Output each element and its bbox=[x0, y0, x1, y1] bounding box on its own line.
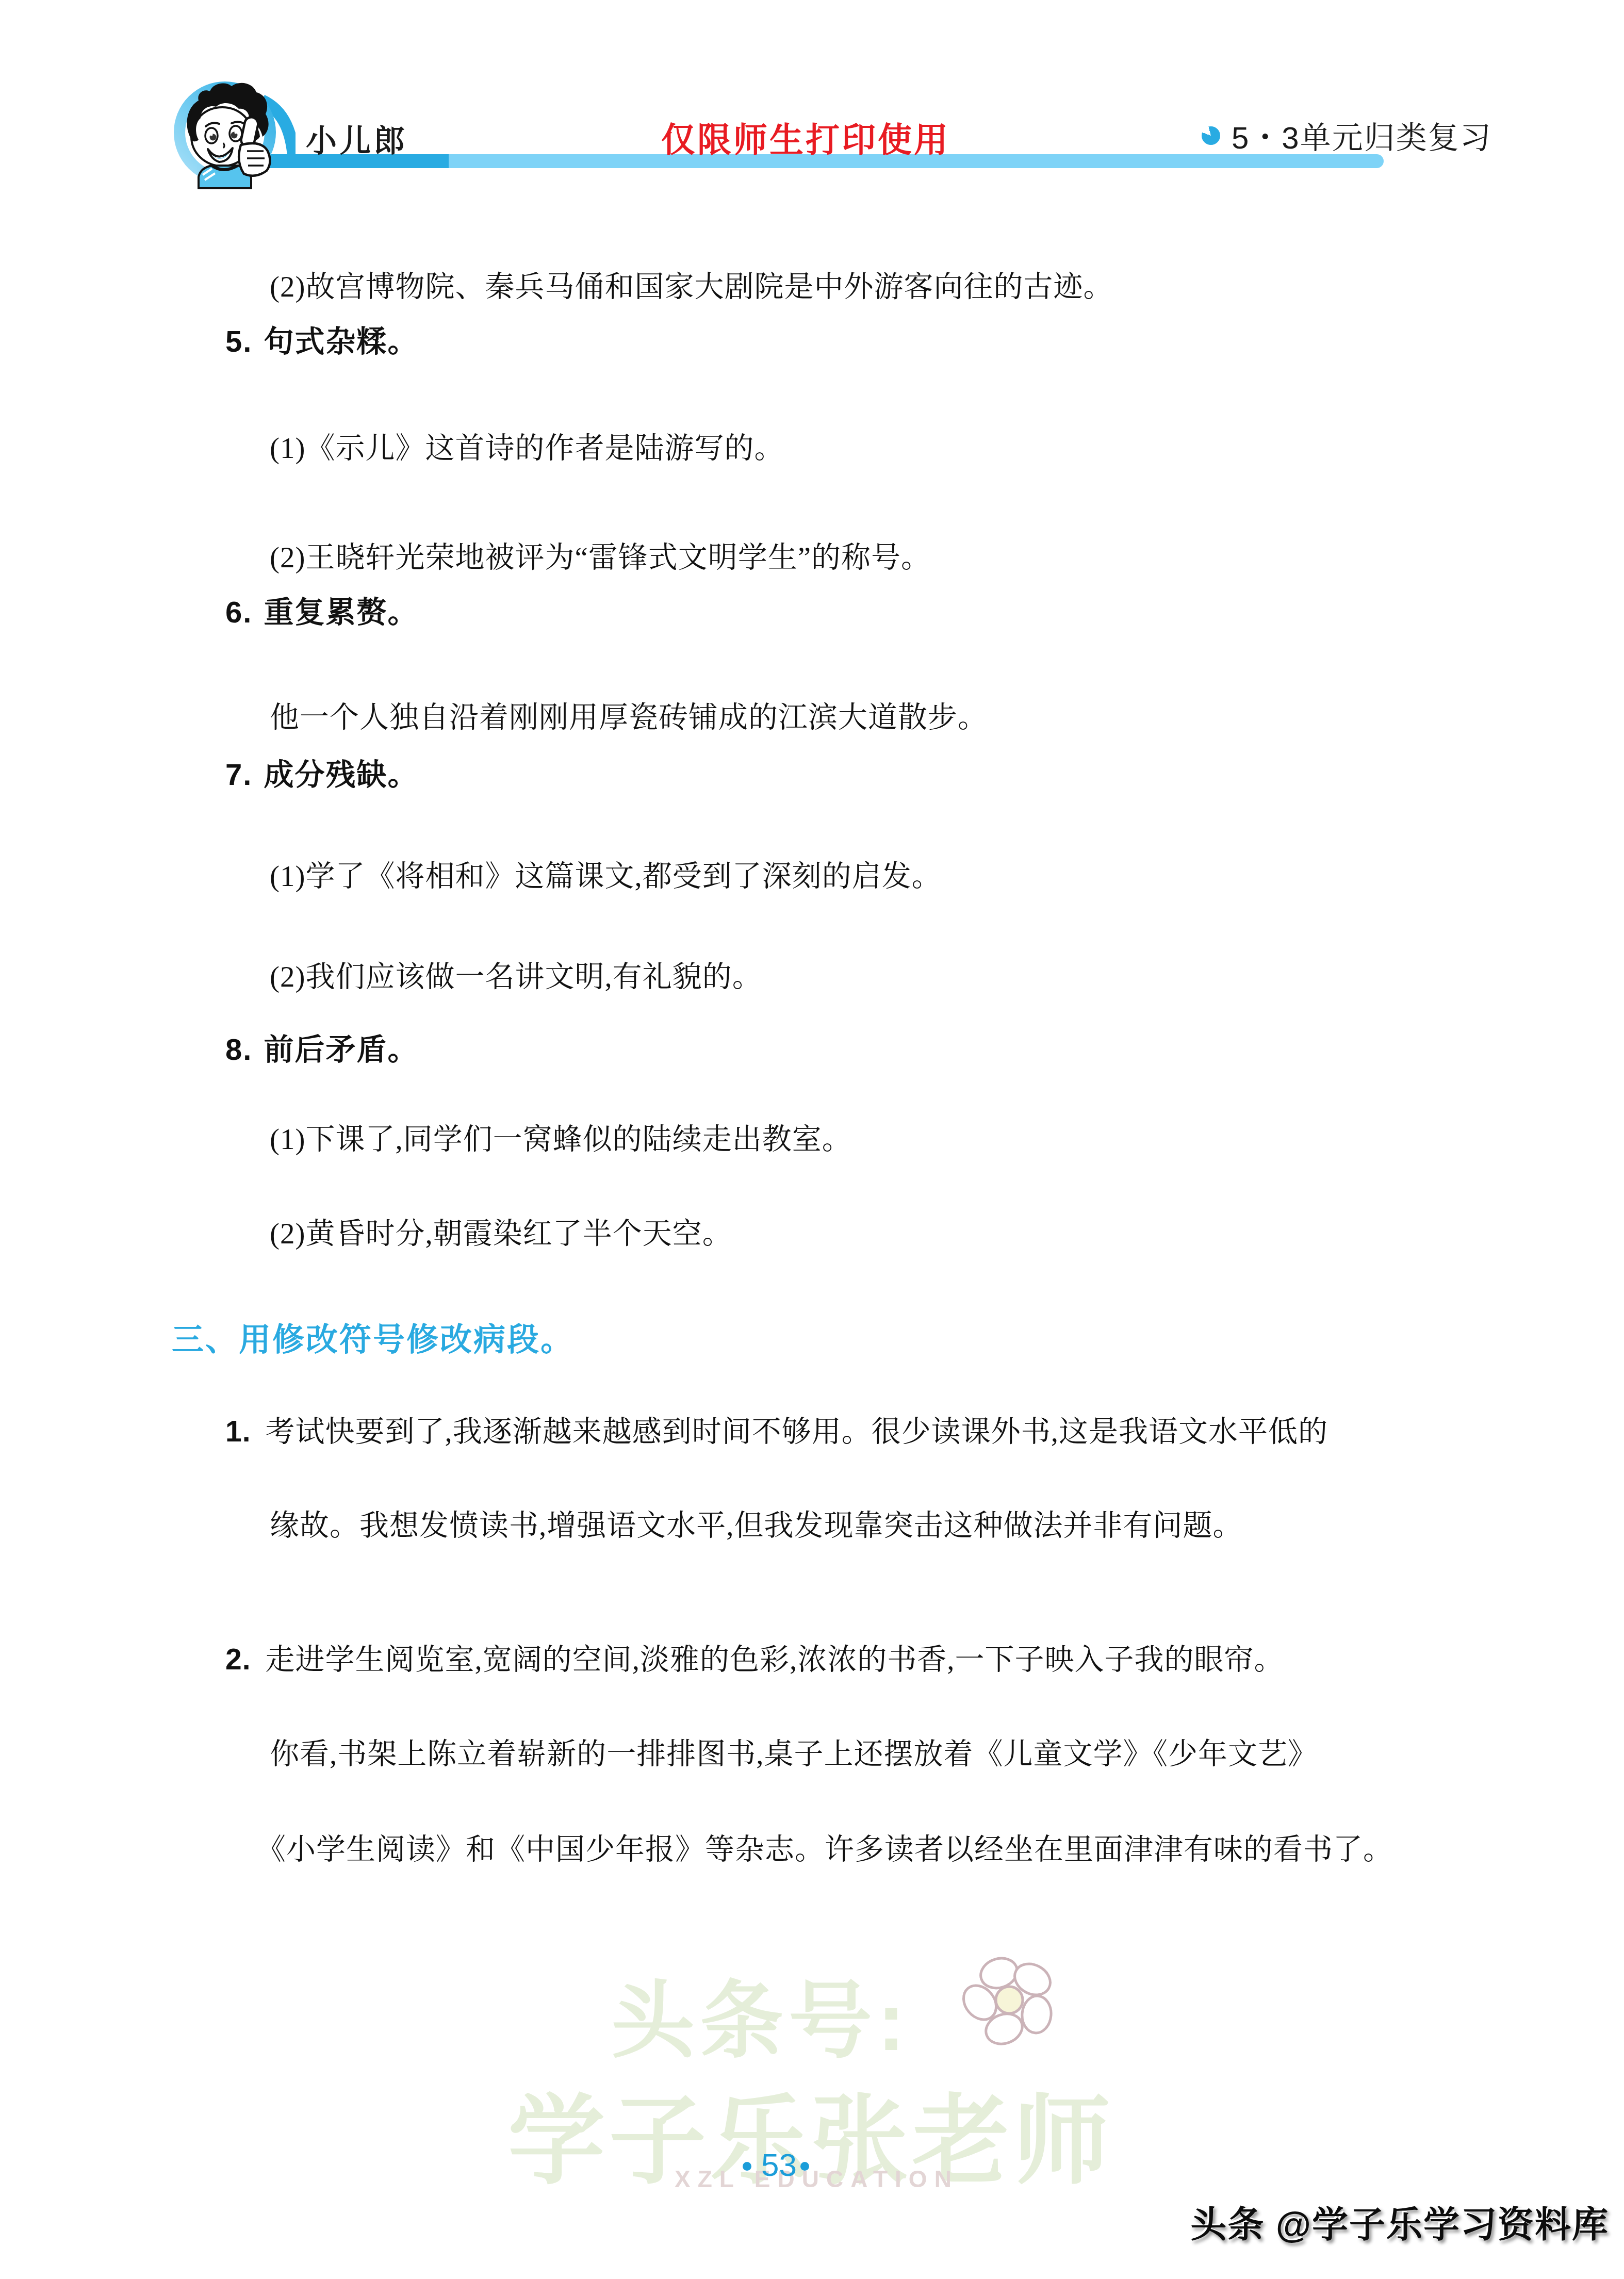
watermark-toutiao-label: 头条号: bbox=[611, 1955, 910, 2074]
sentence-7-1: (1)学了《将相和》这篇课文,都受到了深刻的启发。 bbox=[270, 852, 942, 895]
paragraph-1-line-2: 缘故。我想发愤读书,增强语文水平,但我发现靠突击这种做法并非有问题。 bbox=[270, 1502, 1243, 1544]
sentence-7-2: (2)我们应该做一名讲文明,有礼貌的。 bbox=[270, 953, 762, 995]
error-type-heading-7: 7.成分残缺。 bbox=[225, 750, 418, 794]
sentence-8-1: (1)下课了,同学们一窝蜂似的陆续走出教室。 bbox=[270, 1116, 852, 1158]
sentence-6: 他一个人独自沿着刚刚用厚瓷砖铺成的江滨大道散步。 bbox=[270, 694, 988, 736]
brand-name: 小儿郎 bbox=[306, 117, 408, 161]
page-number: 53 bbox=[761, 2147, 797, 2184]
error-type-heading-8: 8.前后矛盾。 bbox=[225, 1025, 418, 1069]
flower-icon bbox=[955, 1954, 1069, 2046]
paragraph-1-line-1: 1.考试快要到了,我逐渐越来越感到时间不够用。很少读课外书,这是我语文水平低的 bbox=[225, 1408, 1328, 1450]
paragraph-2-line-2: 你看,书架上陈立着崭新的一排排图书,桌子上还摆放着《儿童文学》《少年文艺》 bbox=[270, 1730, 1318, 1773]
print-notice: 仅限师生打印使用 bbox=[661, 112, 950, 161]
error-type-heading-5: 5.句式杂糅。 bbox=[225, 317, 418, 360]
sentence-8-2: (2)黄昏时分,朝霞染红了半个天空。 bbox=[270, 1210, 732, 1252]
unit-title-group: 5・3单元归类复习 bbox=[1202, 112, 1492, 159]
page-number-left-dot bbox=[743, 2162, 751, 2171]
watermark-xzl-education: XZL EDUCATION bbox=[675, 2165, 959, 2193]
unit-title: 5・3单元归类复习 bbox=[1232, 113, 1492, 158]
paragraph-2-line-1: 2.走进学生阅览室,宽阔的空间,淡雅的色彩,浓浓的书香,一下子映入子我的眼帘。 bbox=[225, 1636, 1284, 1678]
section-heading-three: 三、用修改符号修改病段。 bbox=[172, 1314, 574, 1360]
error-type-heading-6: 6.重复累赘。 bbox=[225, 588, 418, 631]
sentence-5-2: (2)故宫博物院、秦兵马俑和国家大剧院是中外游客向往的古迹。 bbox=[270, 263, 1113, 305]
crescent-dot-icon bbox=[1202, 126, 1220, 145]
mascot-boy-logo bbox=[172, 79, 296, 198]
sentence-5-1: (1)《示儿》这首诗的作者是陆游写的。 bbox=[270, 424, 784, 467]
paragraph-2-line-3: 《小学生阅读》和《中国少年报》等杂志。许多读者以经坐在里面津津有味的看书了。 bbox=[256, 1826, 1393, 1868]
credit-watermark: 头条 @学子乐学习资料库 bbox=[1073, 2196, 1609, 2248]
sentence-5-2b: (2)王晓轩光荣地被评为“雷锋式文明学生”的称号。 bbox=[270, 534, 931, 576]
page-number-right-dot bbox=[800, 2162, 809, 2171]
